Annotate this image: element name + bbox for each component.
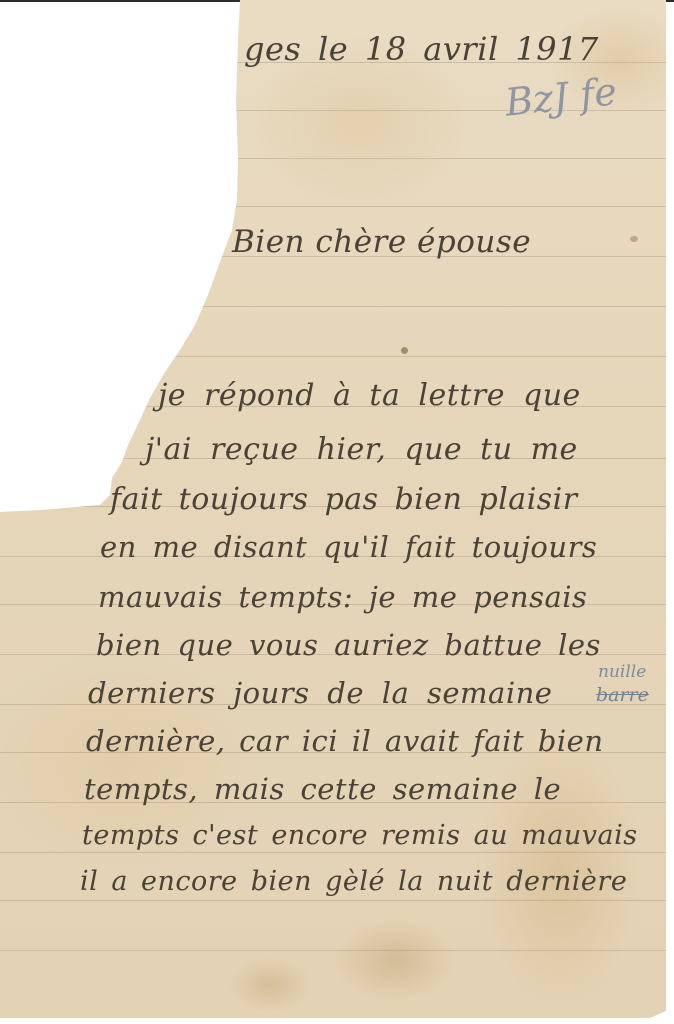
body-line-7: derniers jours de la semaine [88, 676, 552, 710]
ruled-line [0, 900, 666, 901]
salutation: Bien chère épouse [232, 224, 531, 260]
body-line-10: tempts c'est encore remis au mauvais [82, 820, 638, 851]
ruled-line [0, 950, 666, 951]
ruled-line [0, 356, 666, 357]
body-line-11: il a encore bien gèlé la nuit dernière [80, 866, 627, 897]
ruled-line [0, 306, 666, 307]
margin-struck-word: barre [596, 684, 649, 706]
place-date-line: ges le 18 avril 1917 [244, 30, 599, 68]
ink-spot [401, 347, 408, 354]
body-line-8: dernière, car ici il avait fait bien [86, 724, 604, 758]
ruled-line [0, 206, 666, 207]
body-line-2: j'ai reçue hier, que tu me [145, 432, 578, 467]
body-line-4: en me disant qu'il fait toujours [100, 530, 597, 564]
stain-spot [630, 236, 638, 242]
body-line-6: bien que vous auriez battue les [96, 628, 601, 662]
margin-insertion: nuille [598, 662, 646, 682]
body-line-9: tempts, mais cette semaine le [84, 772, 561, 806]
body-line-1: je répond à ta lettre que [158, 378, 581, 413]
ruled-line [0, 852, 666, 853]
body-line-5: mauvais tempts: je me pensais [98, 580, 587, 614]
ruled-line [0, 158, 666, 159]
body-line-3: fait toujours pas bien plaisir [110, 482, 578, 517]
